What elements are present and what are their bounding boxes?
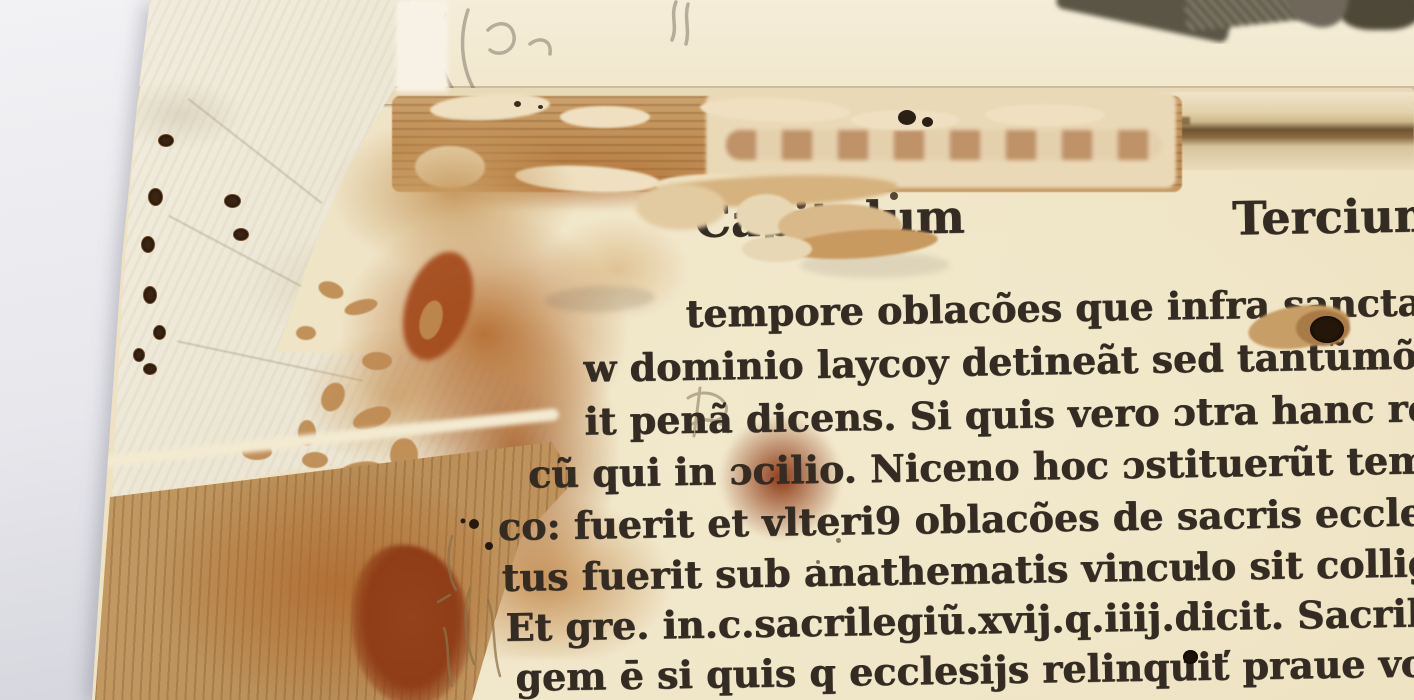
paste-damage bbox=[742, 236, 812, 262]
paste-damage bbox=[636, 184, 726, 230]
text-line: Et gre. in.c.sacrilegiũ.xvij.q.iiij.dici… bbox=[505, 590, 1414, 650]
text-line: it penã dicens. Si quis vero ɔtra hanc r… bbox=[584, 385, 1414, 444]
wormhole bbox=[1310, 316, 1344, 343]
wormhole bbox=[1183, 650, 1198, 664]
text-line: tus fuerit sub anathematis vinculo sit c… bbox=[501, 540, 1414, 600]
ink-speck bbox=[816, 560, 820, 564]
ink-speck bbox=[890, 192, 898, 200]
book: Capitulum Tercium tempore oblacões que i… bbox=[0, 0, 1414, 700]
chapter-heading-right: Tercium bbox=[1232, 188, 1414, 245]
ink-speck bbox=[1194, 564, 1200, 570]
ink-speck bbox=[836, 538, 841, 543]
book-damaged-corner: Capitulum Tercium tempore oblacões que i… bbox=[0, 0, 1414, 700]
text-line: cũ qui in ɔcilio. Niceno hoc ɔstituerũt … bbox=[528, 437, 1414, 497]
photo-backdrop: Capitulum Tercium tempore oblacões que i… bbox=[0, 0, 1414, 700]
text-line: co: fuerit et vlteri9 oblacões de sacris… bbox=[498, 488, 1414, 549]
printed-text-block: Capitulum Tercium tempore oblacões que i… bbox=[0, 0, 1414, 700]
